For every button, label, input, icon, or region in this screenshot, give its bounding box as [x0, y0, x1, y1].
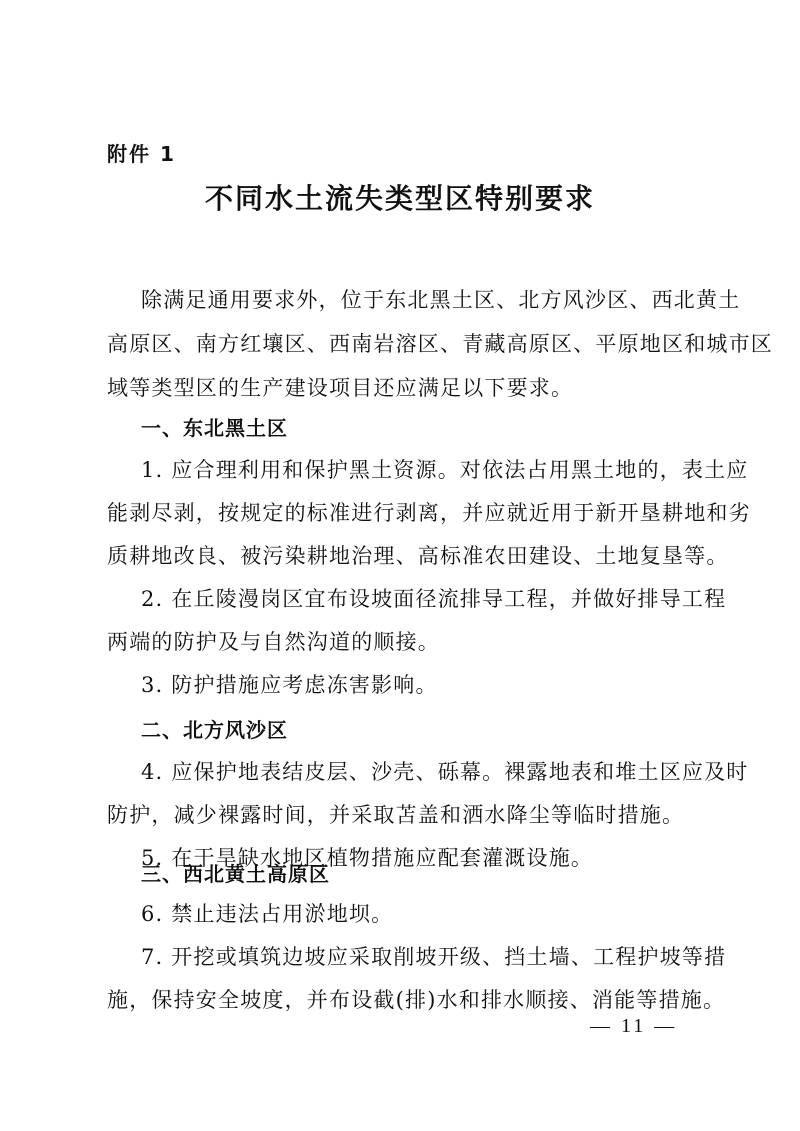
item-line: 2. 在丘陵漫岗区宜布设坡面径流排导工程，并做好排导工程 — [141, 585, 726, 613]
page-number: — 11 — — [590, 1013, 677, 1039]
document-page: 附件 1 不同水土流失类型区特别要求 除满足通用要求外，位于东北黑土区、北方风沙… — [0, 0, 800, 1131]
item-line: 4. 应保护地表结皮层、沙壳、砾幕。裸露地表和堆土区应及时 — [141, 758, 749, 786]
item-line: 防护，减少裸露时间，并采取苫盖和洒水降尘等临时措施。 — [107, 801, 684, 829]
item-line: 1. 应合理利用和保护黑土资源。对依法占用黑土地的，表土应 — [141, 456, 749, 484]
item-line: 能剥尽剥，按规定的标准进行剥离，并应就近用于新开垦耕地和劣 — [107, 499, 751, 527]
item-line: 6. 禁止违法占用淤地坝。 — [141, 900, 393, 928]
item-line: 施，保持安全坡度，并布设截(排)水和排水顺接、消能等措施。 — [107, 986, 725, 1014]
item-line: 质耕地改良、被污染耕地治理、高标准农田建设、土地复垦等。 — [107, 542, 729, 570]
attachment-label: 附件 1 — [107, 141, 176, 167]
intro-line: 高原区、南方红壤区、西南岩溶区、青藏高原区、平原地区和城市区 — [107, 330, 773, 358]
item-line: 7. 开挖或填筑边坡应采取削坡开级、挡土墙、工程护坡等措 — [141, 943, 726, 971]
item-line: 3. 防护措施应考虑冻害影响。 — [141, 671, 438, 699]
section-heading: 二、北方风沙区 — [141, 716, 288, 744]
section-heading: 一、东北黑土区 — [141, 414, 288, 442]
document-title: 不同水土流失类型区特别要求 — [0, 180, 800, 218]
item-line: 两端的防护及与自然沟道的顺接。 — [107, 628, 440, 656]
section-heading: 三、西北黄土高原区 — [141, 860, 330, 888]
intro-line: 域等类型区的生产建设项目还应满足以下要求。 — [107, 374, 573, 402]
intro-line: 除满足通用要求外，位于东北黑土区、北方风沙区、西北黄土 — [141, 286, 740, 314]
